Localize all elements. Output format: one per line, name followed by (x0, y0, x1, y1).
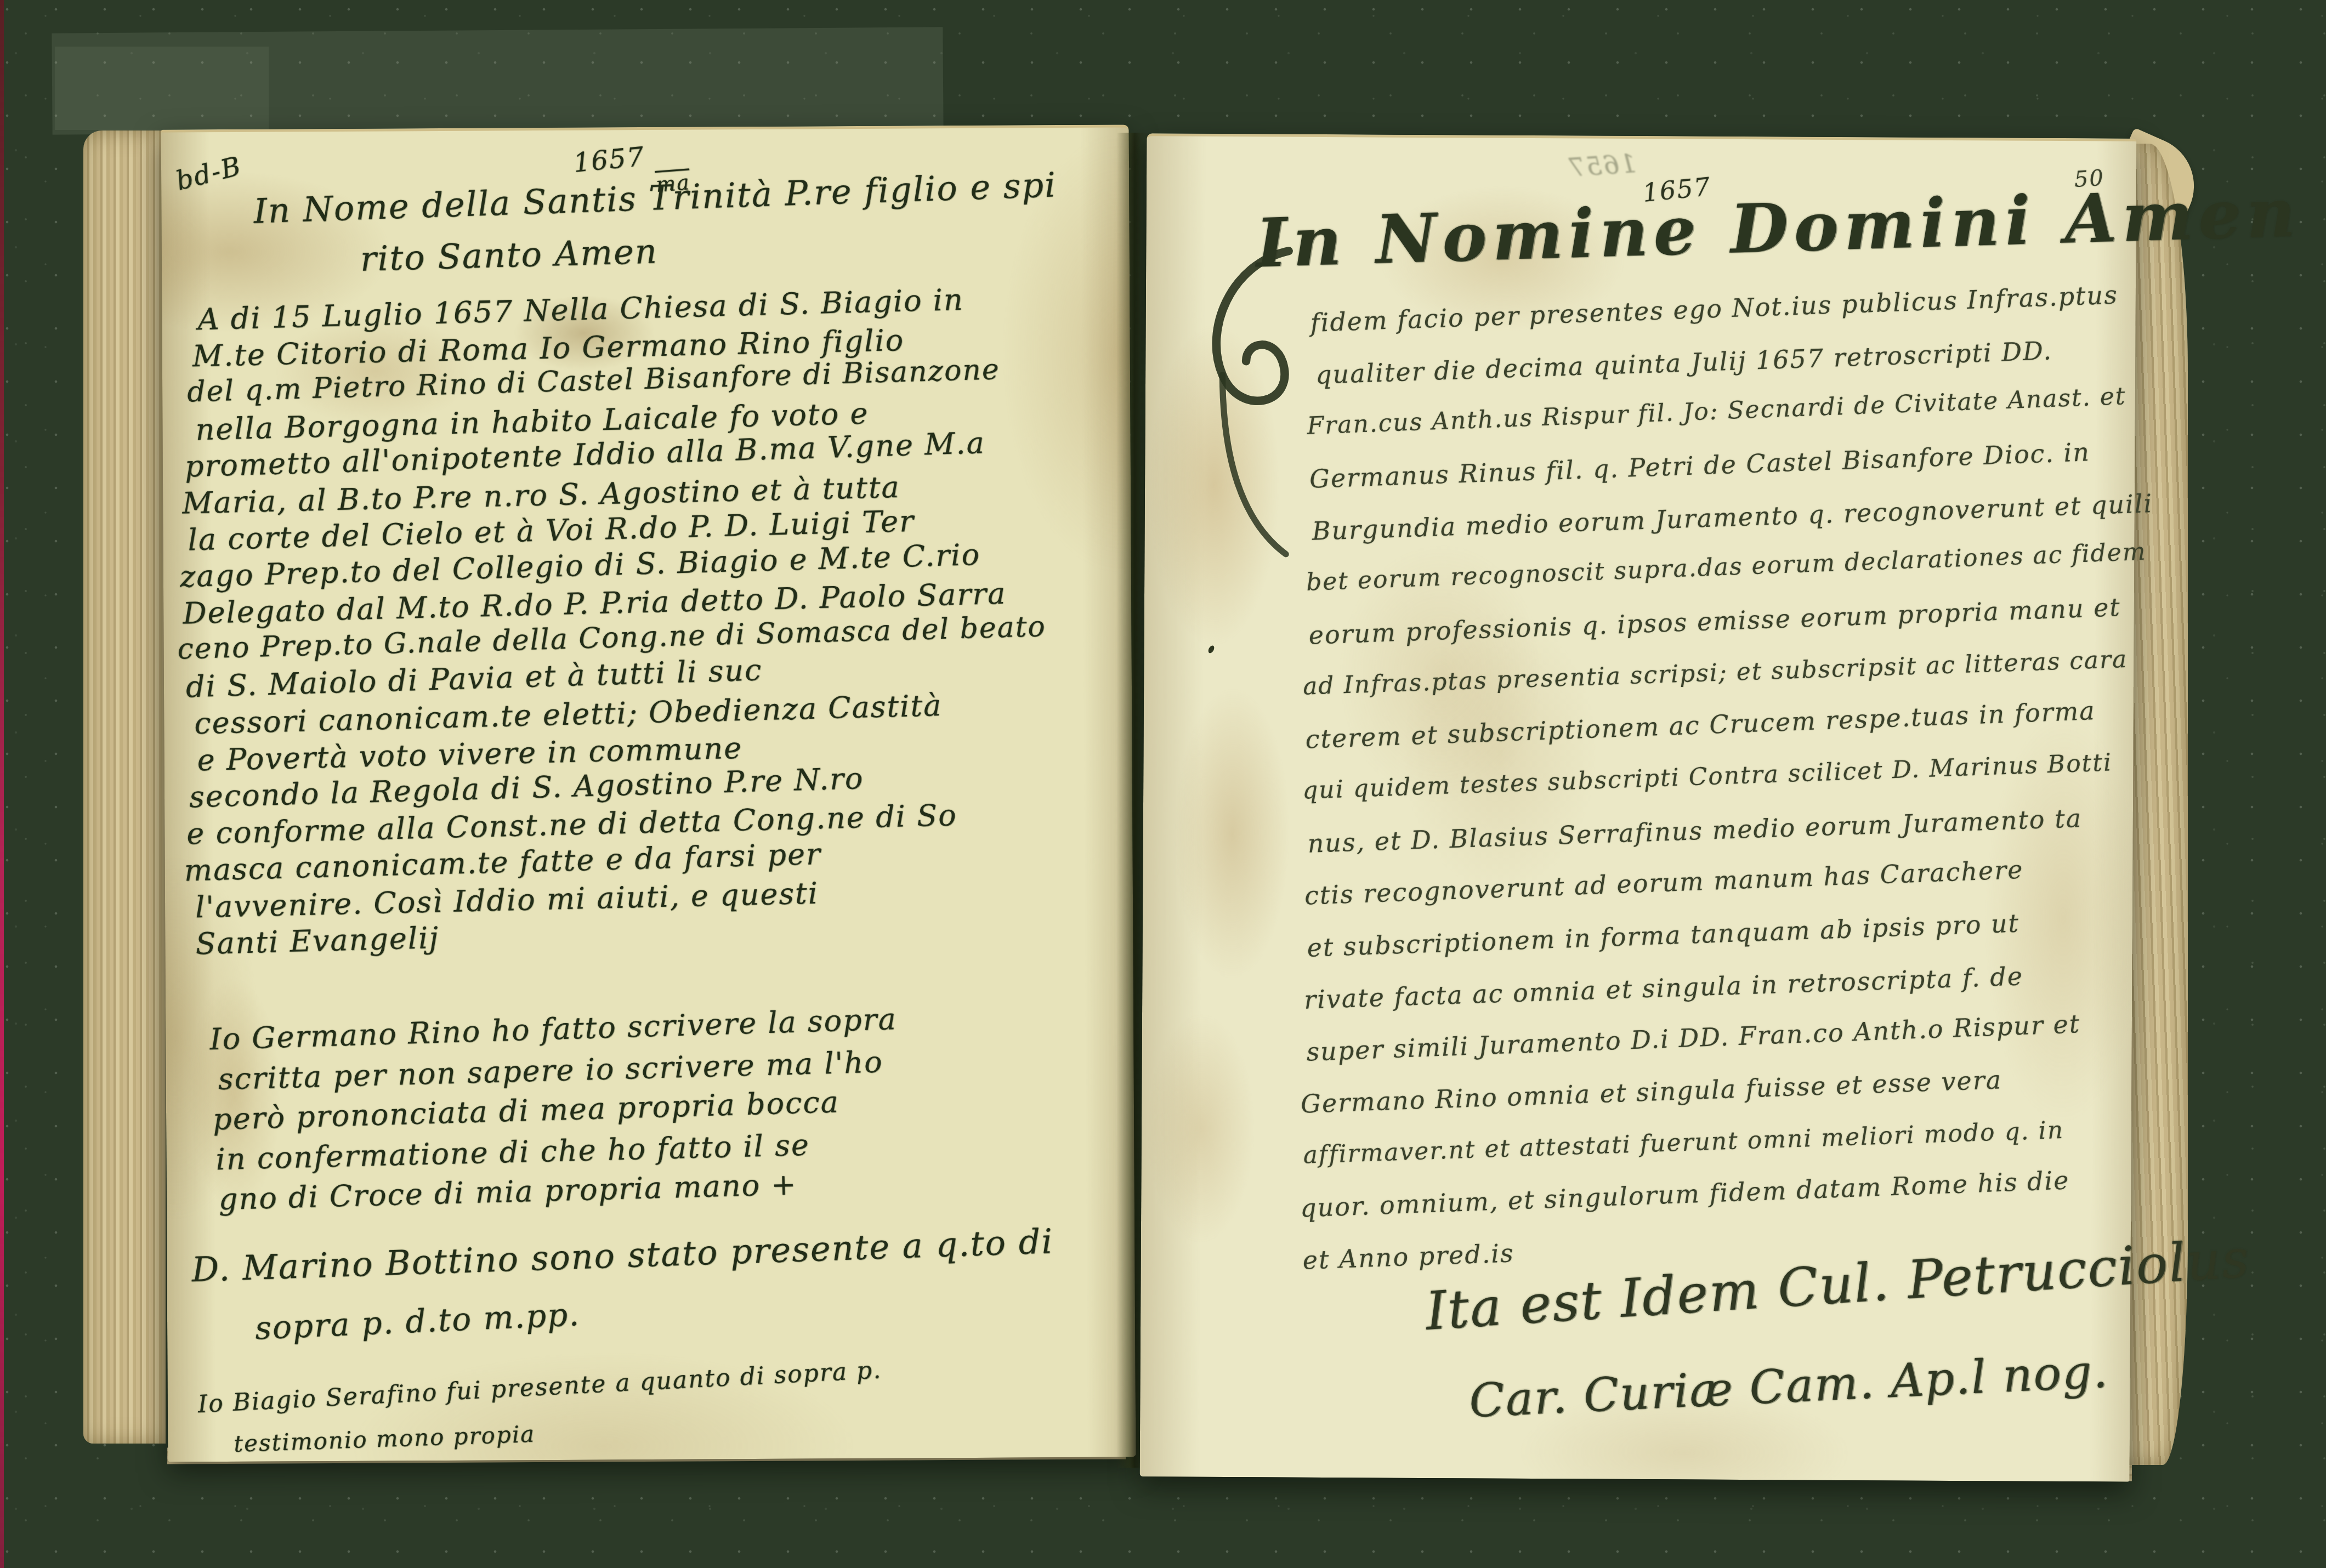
manuscript-line: affirmaver.nt et attestati fuerunt omni … (1303, 1116, 2064, 1169)
manuscript-photo: bd-B 1657 ma In Nome della Santis Trinit… (0, 0, 2326, 1568)
right-page: 1657 1657 50 In Nomine Domini Amen fidem… (1140, 133, 2137, 1481)
manuscript-line: ctis recognoverunt ad eorum manum has Ca… (1304, 855, 2024, 911)
manuscript-line: ad Infras.ptas presentia scripsi; et sub… (1302, 645, 2128, 701)
witness-line: sopra p. d.to m.pp. (254, 1296, 581, 1347)
notary-signature-line: Ita est Idem Cul. Petrucciolus (1424, 1228, 2251, 1342)
manuscript-line: rivate facta ac omnia et singula in retr… (1303, 961, 2024, 1014)
manuscript-line: cterem et subscriptionem ac Crucem respe… (1305, 696, 2096, 754)
manuscript-line: Burgundia medio eorum Juramento q. recog… (1312, 488, 2153, 546)
manuscript-line: et subscriptionem in forma tanquam ab ip… (1307, 908, 2020, 962)
left-page: bd-B 1657 ma In Nome della Santis Trinit… (161, 124, 1136, 1462)
ink-speck (1207, 645, 1215, 654)
manuscript-line: qualiter die decima quinta Julij 1657 re… (1315, 336, 2053, 390)
manuscript-line: nus, et D. Blasius Serrafinus medio eoru… (1307, 803, 2083, 859)
manuscript-line: rito Santo Amen (360, 231, 659, 279)
scan-edge-red-stripe (0, 0, 4, 1568)
book-fore-edge-left (83, 130, 166, 1444)
manuscript-line: qui quidem testes subscripti Contra scil… (1302, 748, 2113, 805)
archival-mark: bd-B (173, 150, 245, 196)
manuscript-line: fidem facio per presentes ego Not.ius pu… (1310, 280, 2119, 337)
film-overlay-sheet (52, 27, 943, 134)
manuscript-line: quor. omnium, et singulorum fidem datam … (1300, 1165, 2070, 1223)
manuscript-line: Fran.cus Anth.us Rispur fil. Jo: Secnard… (1307, 382, 2127, 440)
witness-line: Io Biagio Serafino fui presente a quanto… (197, 1356, 883, 1418)
film-overlay-corner (55, 47, 269, 130)
manuscript-line: Germano Rino omnia et singula fuisse et … (1300, 1065, 2002, 1119)
manuscript-line: Germanus Rinus fil. q. Petri de Castel B… (1309, 437, 2091, 494)
page-year: 1657 (572, 141, 646, 179)
notary-signature-line: Car. Curiæ Cam. Ap.l nog. (1468, 1344, 2109, 1428)
manuscript-line: eorum professionis q. ipsos emisse eorum… (1308, 592, 2121, 650)
manuscript-line: Santi Evangelij (195, 921, 440, 962)
witness-line: testimonio mono propia (233, 1421, 536, 1457)
offset-year-mark: 1657 (1567, 149, 1637, 183)
manuscript-line: et Anno pred.is (1302, 1238, 1515, 1275)
witness-line: D. Marino Bottino sono stato presente a … (191, 1221, 1054, 1289)
manuscript-line: super simili Juramento D.i DD. Fran.co A… (1306, 1009, 2081, 1067)
manuscript-line: bet eorum recognoscit supra.das eorum de… (1306, 538, 2147, 596)
